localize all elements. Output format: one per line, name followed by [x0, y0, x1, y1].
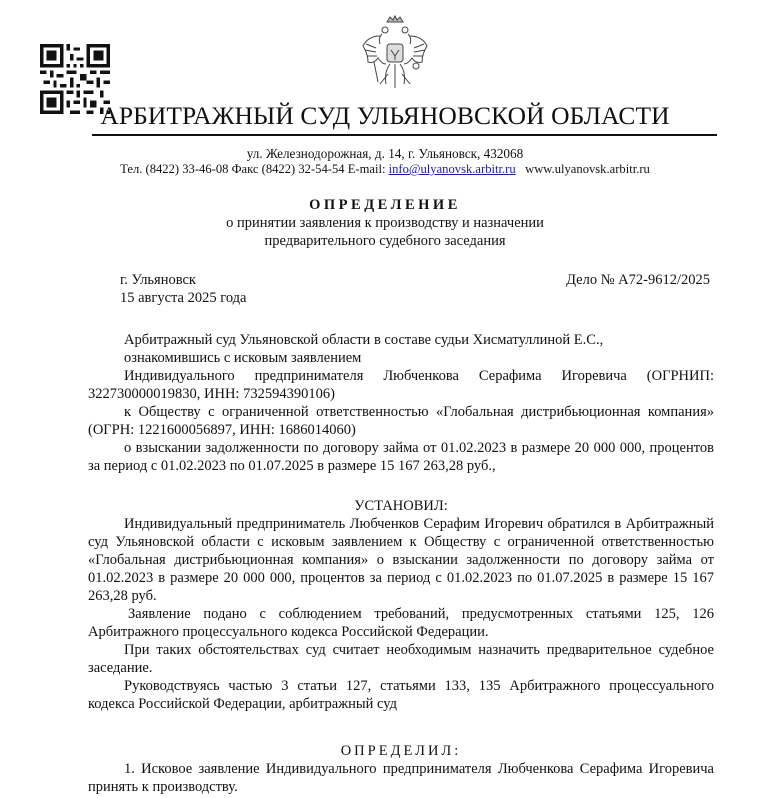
document-title: ОПРЕДЕЛЕНИЕ	[0, 197, 770, 214]
established-section: УСТАНОВИЛ: Индивидуальный предпринимател…	[88, 497, 714, 713]
ruling-heading: ОПРЕДЕЛИЛ:	[88, 742, 714, 760]
established-paragraph: Руководствуясь частью 3 статьи 127, стат…	[88, 677, 714, 713]
email-link[interactable]: info@ulyanovsk.arbitr.ru	[389, 162, 516, 176]
established-paragraph: При таких обстоятельствах суд считает не…	[88, 641, 714, 677]
contacts-text: Тел. (8422) 33-46-08 Факс (8422) 32-54-5…	[120, 162, 388, 176]
header-divider	[92, 134, 717, 136]
established-paragraph: Заявление подано с соблюдением требовани…	[88, 605, 714, 641]
coat-of-arms-emblem-icon	[360, 14, 430, 94]
ruling-paragraph: 1. Исковое заявление Индивидуального пре…	[88, 760, 714, 796]
case-number: Дело № А72-9612/2025	[566, 272, 710, 289]
intro-paragraph: Индивидуального предпринимателя Любченко…	[88, 367, 714, 403]
intro-paragraph: Арбитражный суд Ульяновской области в со…	[88, 331, 714, 349]
intro-paragraph: ознакомившись с исковым заявлением	[88, 349, 714, 367]
established-heading: УСТАНОВИЛ:	[88, 497, 714, 515]
document-date: 15 августа 2025 года	[120, 290, 246, 307]
ruling-section: ОПРЕДЕЛИЛ: 1. Исковое заявление Индивиду…	[88, 742, 714, 796]
court-name: АРБИТРАЖНЫЙ СУД УЛЬЯНОВСКОЙ ОБЛАСТИ	[0, 101, 770, 131]
website-link[interactable]: www.ulyanovsk.arbitr.ru	[525, 162, 650, 176]
court-contacts: Тел. (8422) 33-46-08 Факс (8422) 32-54-5…	[0, 162, 770, 177]
established-paragraph: Индивидуальный предприниматель Любченков…	[88, 515, 714, 605]
intro-section: Арбитражный суд Ульяновской области в со…	[88, 331, 714, 475]
intro-paragraph: о взыскании задолженности по договору за…	[88, 439, 714, 475]
court-address: ул. Железнодорожная, д. 14, г. Ульяновск…	[0, 146, 770, 162]
intro-paragraph: к Обществу с ограниченной ответственност…	[88, 403, 714, 439]
document-subtitle-line2: предварительного судебного заседания	[0, 233, 770, 250]
document-city: г. Ульяновск	[120, 272, 196, 289]
document-subtitle-line1: о принятии заявления к производству и на…	[0, 215, 770, 232]
